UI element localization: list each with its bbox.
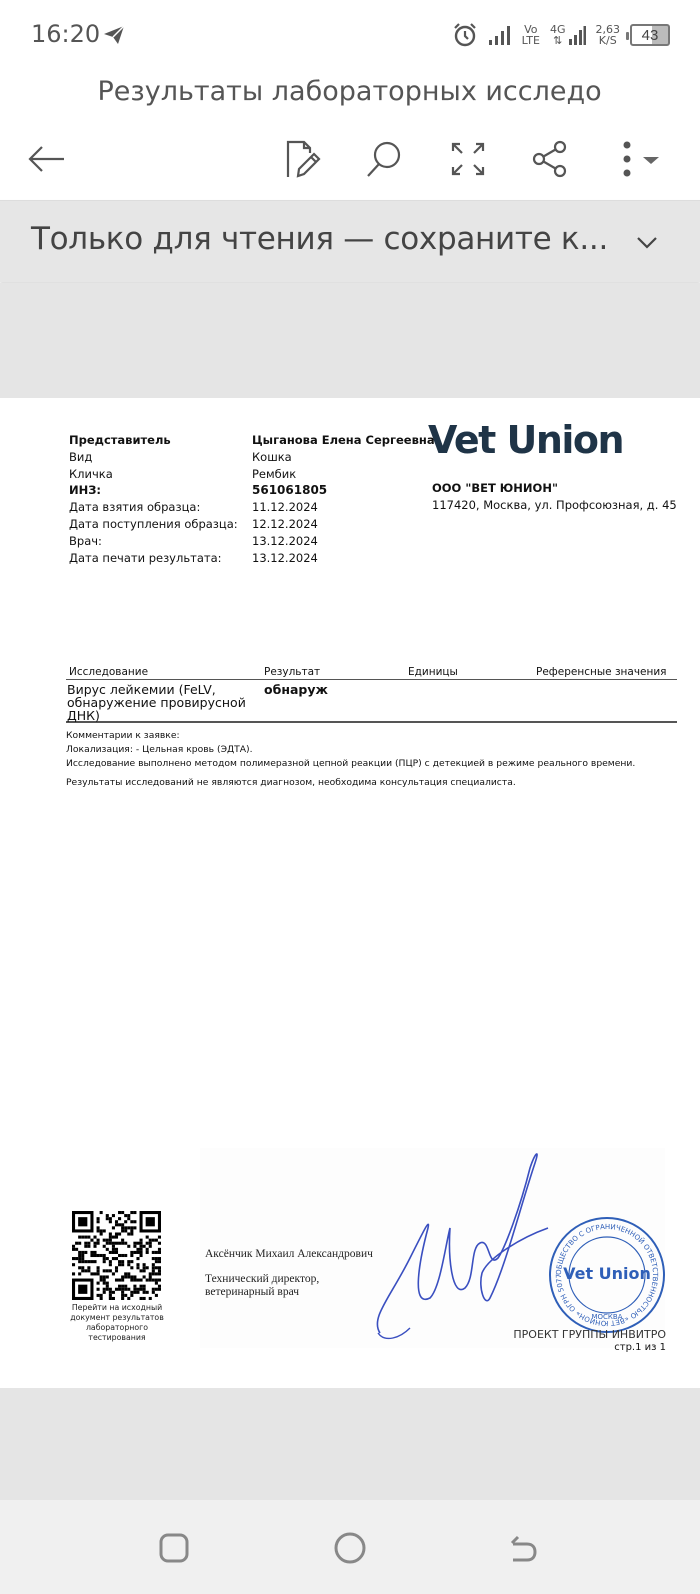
info-label: Врач: [69, 534, 252, 551]
chevron-down-icon[interactable] [634, 229, 660, 255]
back-icon [507, 1531, 541, 1565]
signature [370, 1148, 550, 1348]
signal-icon [488, 24, 512, 46]
volte-icon: Vo LTE [522, 24, 540, 46]
info-label: Дата поступления образца: [69, 517, 252, 534]
header-test: Исследование [66, 666, 264, 679]
info-value: 13.12.2024 [252, 551, 318, 568]
comment-line: Комментарии к заявке: [66, 730, 635, 744]
back-button[interactable] [20, 133, 72, 185]
more-vertical-icon [615, 139, 665, 179]
document-title: Результаты лабораторных исследований [0, 70, 700, 120]
org-address: 117420, Москва, ул. Профсоюзная, д. 45 [432, 498, 677, 512]
info-row: ИНЗ:561061805 [69, 483, 435, 500]
info-row: Врач:13.12.2024 [69, 534, 435, 551]
share-icon [530, 139, 570, 179]
search-icon [364, 139, 404, 179]
org-name: ООО "ВЕТ ЮНИОН" [432, 481, 558, 495]
info-value: 12.12.2024 [252, 517, 318, 534]
info-label: Дата печати результата: [69, 551, 252, 568]
info-row: Дата поступления образца:12.12.2024 [69, 517, 435, 534]
qr-code[interactable] [72, 1211, 161, 1300]
recents-icon [158, 1532, 190, 1564]
vet-union-logo: Vet Union [428, 418, 623, 462]
toolbar [0, 125, 700, 197]
cell-units [408, 683, 536, 721]
info-label: Вид [69, 450, 252, 467]
info-value: 561061805 [252, 483, 327, 500]
info-row: Дата печати результата:13.12.2024 [69, 551, 435, 568]
patient-info: ПредставительЦыганова Елена СергеевнаВид… [69, 433, 435, 567]
alarm-icon [452, 22, 478, 48]
info-label: Дата взятия образца: [69, 500, 252, 517]
info-value: Рембик [252, 467, 296, 484]
signer-title: Технический директор, ветеринарный врач [205, 1273, 319, 1299]
cell-reference [536, 683, 677, 721]
edit-document-icon [283, 139, 321, 179]
signer-name: Аксёнчик Михаил Александрович [205, 1248, 373, 1260]
nav-back-button[interactable] [494, 1518, 554, 1578]
home-button[interactable] [320, 1518, 380, 1578]
disclaimer: Результаты исследований не являются диаг… [66, 777, 635, 791]
home-icon [333, 1531, 367, 1565]
cell-result: обнаруж [264, 683, 408, 721]
telegram-icon [102, 24, 126, 46]
comment-line: Локализация: - Цельная кровь (ЭДТА). [66, 744, 635, 758]
header-units: Единицы [408, 666, 536, 679]
info-label: Представитель [69, 433, 252, 450]
status-bar: 16:20 Vo LTE 4G ⇅ [0, 0, 700, 70]
read-only-text: Только для чтения — сохраните к... [31, 221, 608, 257]
results-table: Исследование Результат Единицы Референсн… [66, 666, 677, 723]
header-result: Результат [264, 666, 408, 679]
cell-test: Вирус лейкемии (FeLV, обнаружение провир… [66, 683, 264, 721]
info-value: Цыганова Елена Сергеевна [252, 433, 435, 450]
company-stamp: ОБЩЕСТВО С ОГРАНИЧЕННОЙ ОТВЕТСТВЕННОСТЬЮ… [547, 1215, 667, 1335]
viewer-background [0, 283, 700, 398]
info-label: ИНЗ: [69, 483, 252, 500]
search-button[interactable] [358, 133, 410, 185]
document-page: ПредставительЦыганова Елена СергеевнаВид… [0, 398, 700, 1388]
battery-icon: 43 [630, 24, 670, 46]
qr-caption: Перейти на исходный документ результатов… [62, 1303, 172, 1343]
info-value: 13.12.2024 [252, 534, 318, 551]
svg-text:МОСКВА: МОСКВА [592, 1313, 623, 1321]
signature-block: Перейти на исходный документ результатов… [0, 1143, 700, 1388]
info-row: КличкаРембик [69, 467, 435, 484]
read-only-banner[interactable]: Только для чтения — сохраните к... [0, 200, 700, 282]
fullscreen-button[interactable] [442, 133, 494, 185]
recents-button[interactable] [144, 1518, 204, 1578]
system-nav-bar [0, 1500, 700, 1594]
comments: Комментарии к заявке: Локализация: - Цел… [66, 730, 635, 791]
arrow-left-icon [26, 144, 66, 174]
more-options-button[interactable] [608, 133, 672, 185]
info-value: Кошка [252, 450, 292, 467]
share-button[interactable] [524, 133, 576, 185]
comment-line: Исследование выполнено методом полимераз… [66, 758, 635, 772]
status-time: 16:20 [31, 20, 100, 48]
svg-text:Vet Union: Vet Union [563, 1264, 651, 1283]
info-row: Дата взятия образца:11.12.2024 [69, 500, 435, 517]
info-row: ПредставительЦыганова Елена Сергеевна [69, 433, 435, 450]
status-icons: Vo LTE 4G ⇅ 2,63 K/S 43 [452, 18, 670, 52]
info-row: ВидКошка [69, 450, 435, 467]
table-row: Вирус лейкемии (FeLV, обнаружение провир… [66, 680, 677, 723]
info-label: Кличка [69, 467, 252, 484]
project-label: ПРОЕКТ ГРУППЫ ИНВИТРО [513, 1328, 666, 1341]
expand-icon [450, 141, 486, 177]
header-reference: Референсные значения [536, 666, 677, 679]
table-header: Исследование Результат Единицы Референсн… [66, 666, 677, 680]
edit-button[interactable] [276, 133, 328, 185]
info-value: 11.12.2024 [252, 500, 318, 517]
viewer-background-bottom [0, 1388, 700, 1500]
network-speed: 2,63 K/S [596, 24, 621, 46]
signal-bars-icon [568, 24, 586, 46]
page-number: стр.1 из 1 [614, 1342, 666, 1353]
4g-signal-icon: 4G ⇅ [550, 24, 586, 46]
